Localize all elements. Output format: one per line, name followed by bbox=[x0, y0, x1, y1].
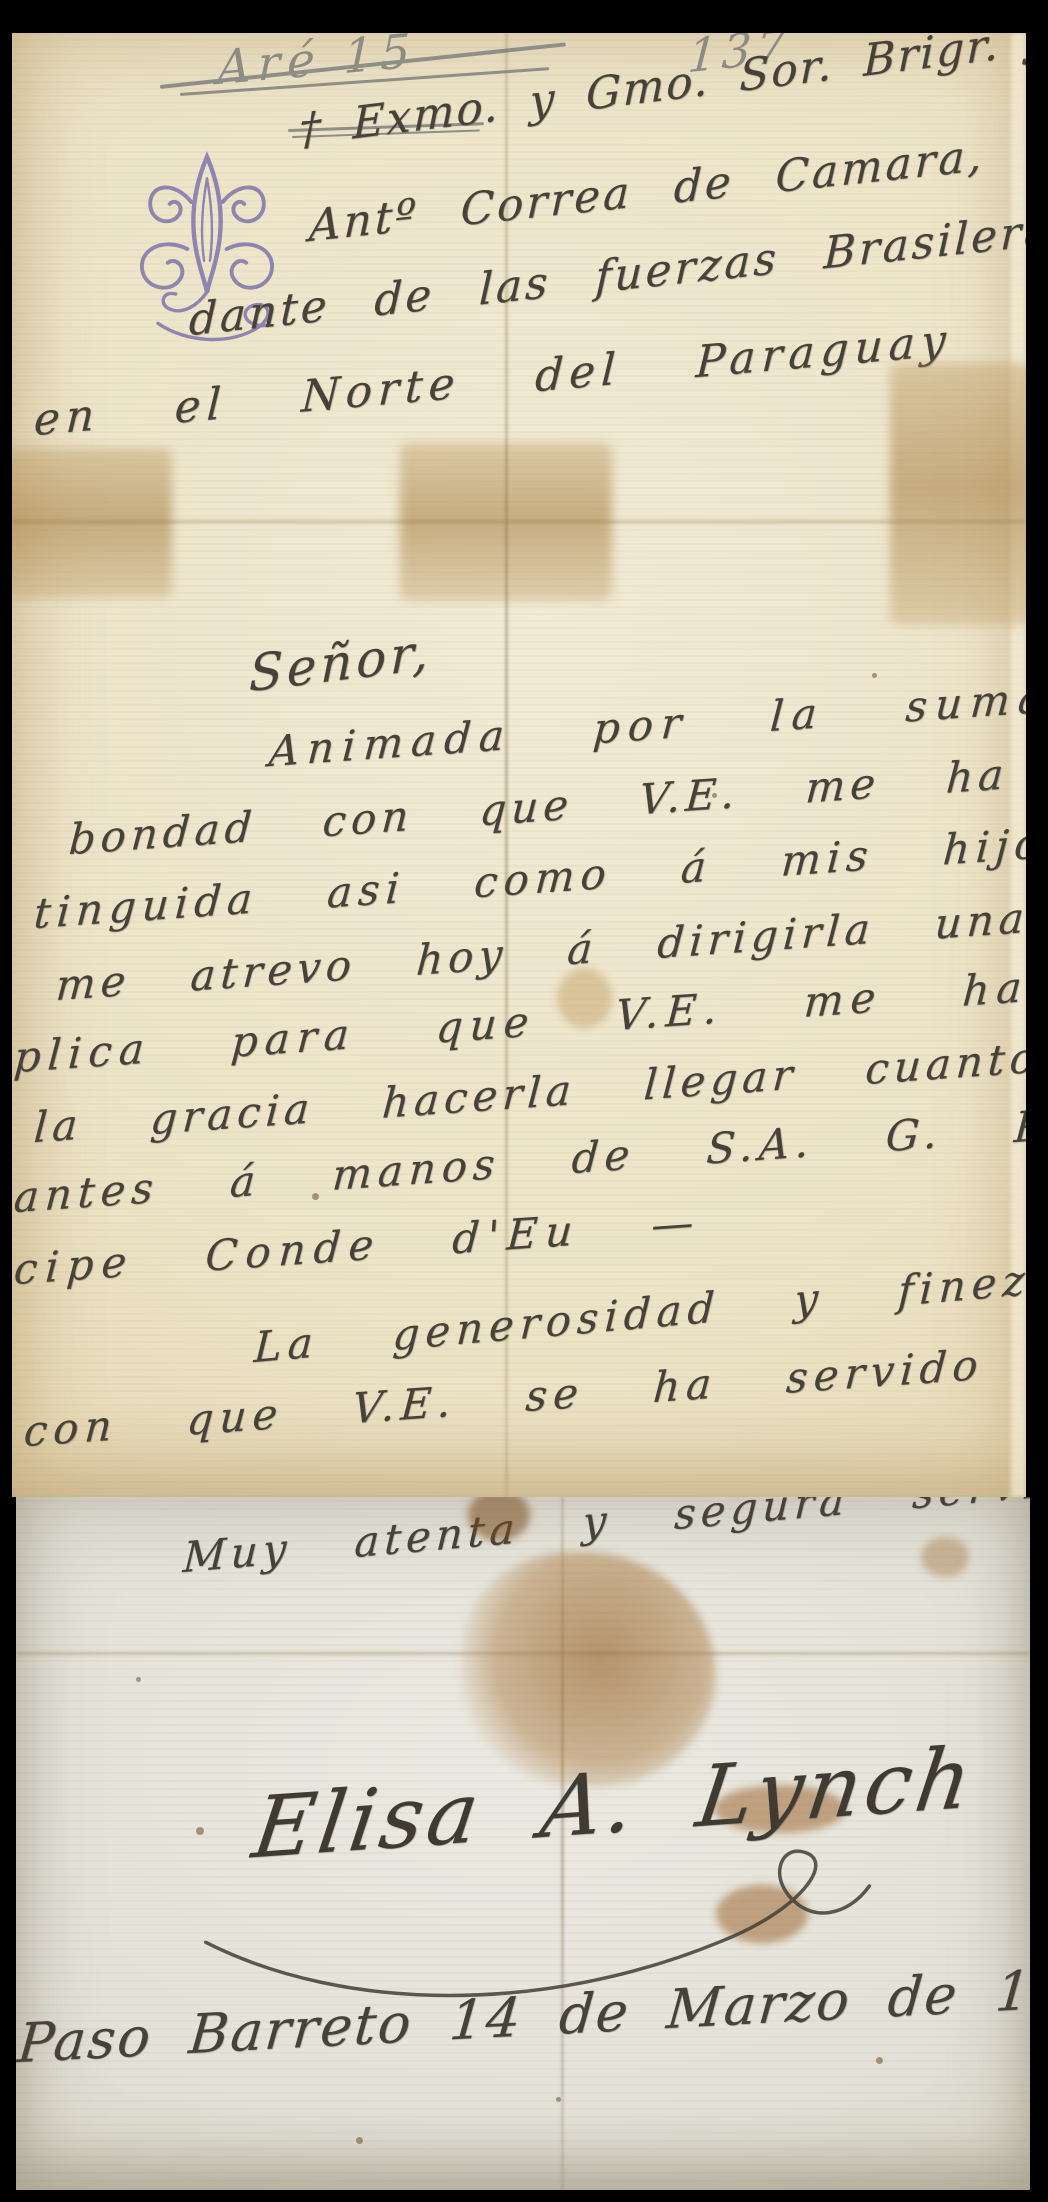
tape-stain bbox=[890, 363, 1026, 625]
paper-speck bbox=[136, 1677, 141, 1682]
fold-crease-horizontal bbox=[12, 520, 1026, 523]
salutation-line: Señor, bbox=[248, 622, 432, 703]
paper-speck bbox=[196, 1827, 204, 1835]
letter-page-bottom: Muy atenta y segura servidora Elisa A. L… bbox=[16, 1497, 1030, 2190]
paper-speck bbox=[876, 2057, 883, 2064]
paper-speck bbox=[312, 1193, 319, 1200]
letter-page-top: Aré 15 137 † Exmo. y Gmo. Sor. Brigr. Jo… bbox=[12, 33, 1026, 1497]
photo-frame: Aré 15 137 † Exmo. y Gmo. Sor. Brigr. Jo… bbox=[0, 0, 1048, 2202]
tape-stain bbox=[12, 448, 172, 598]
fold-crease-vertical bbox=[505, 33, 508, 1497]
paper-stain bbox=[557, 968, 612, 1028]
paper-speck bbox=[872, 673, 877, 678]
paper-speck bbox=[712, 793, 717, 798]
rust-stain bbox=[921, 1537, 969, 1577]
paper-speck bbox=[556, 2097, 561, 2102]
paper-speck bbox=[356, 2137, 363, 2144]
